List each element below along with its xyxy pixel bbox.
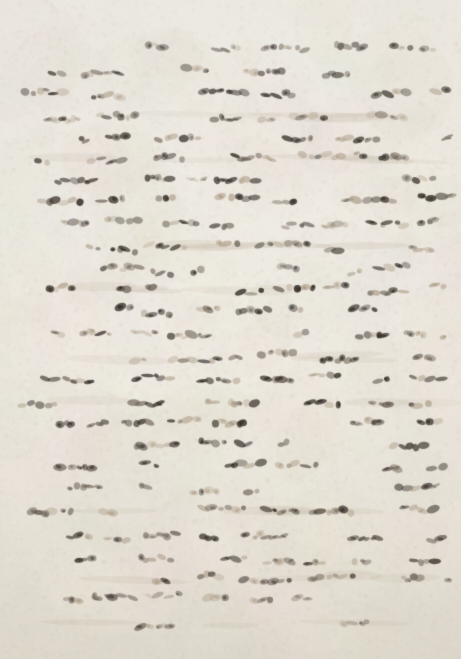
rug-product-photo: [0, 0, 461, 659]
rug-texture-canvas: [0, 0, 461, 659]
